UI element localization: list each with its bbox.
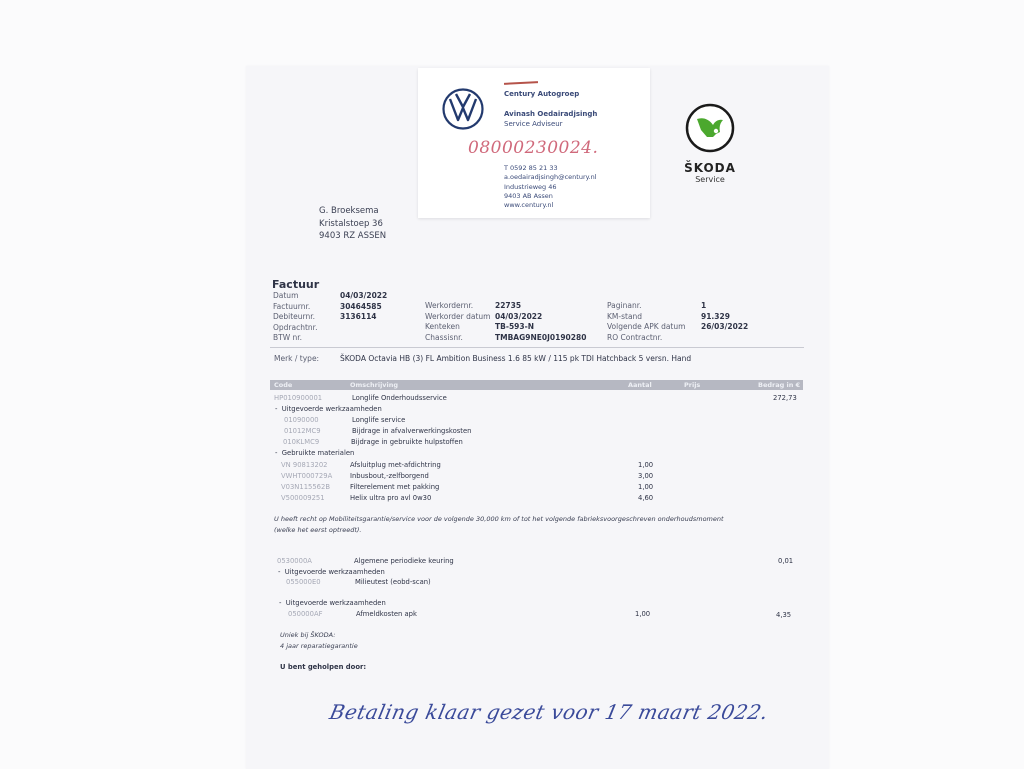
- material-quantity: 1,00: [638, 483, 653, 491]
- work-item-code: 050000AF: [288, 610, 323, 618]
- col-description: Omschrijving: [350, 381, 398, 389]
- work-item-description: Bijdrage in gebruikte hulpstoffen: [351, 438, 463, 446]
- material-description: Helix ultra pro avl 0w30: [350, 494, 431, 502]
- skoda-logo-icon: [685, 103, 735, 153]
- vehicle-value: ŠKODA Octavia HB (3) FL Ambition Busines…: [340, 354, 691, 365]
- left-field-values: 04/03/2022 30464585 3136114: [340, 291, 387, 323]
- work-item-code: 01090000: [284, 416, 319, 424]
- label-ro-contractnr: RO Contractnr.: [607, 333, 685, 344]
- section-heading: - Gebruikte materialen: [275, 449, 354, 457]
- skoda-brand: ŠKODA Service: [680, 103, 740, 184]
- value-werkorder-datum: 04/03/2022: [495, 312, 586, 323]
- invoice-title: Factuur: [272, 278, 319, 291]
- work-item-description: Longlife service: [352, 416, 405, 424]
- brand-subtitle: Service: [680, 175, 740, 184]
- card-website: www.century.nl: [504, 201, 597, 210]
- card-company: Century Autogroep: [504, 90, 579, 98]
- col-amount: Bedrag in €: [758, 381, 800, 389]
- work-heading: Uitgevoerde werkzaamheden: [286, 599, 386, 607]
- label-opdrachtnr: Opdrachtnr.: [273, 323, 317, 334]
- work-item-description: Bijdrage in afvalverwerkingskosten: [352, 427, 471, 435]
- material-code: V03N115562B: [281, 483, 330, 491]
- work-item-quantity: 1,00: [635, 610, 650, 618]
- value-debiteurnr: 3136114: [340, 312, 387, 323]
- col-code: Code: [274, 381, 292, 389]
- recipient-address: G. Broeksema Kristalstoep 36 9403 RZ ASS…: [319, 205, 386, 243]
- value-werkordernr: 22735: [495, 301, 586, 312]
- label-debiteurnr: Debiteurnr.: [273, 312, 317, 323]
- value-kenteken: TB-593-N: [495, 322, 586, 333]
- unique-note: Uniek bij ŠKODA: 4 jaar reparatiegaranti…: [280, 630, 358, 652]
- business-card: Century Autogroep Avinash Oedairadjsingh…: [418, 68, 650, 218]
- material-quantity: 4,60: [638, 494, 653, 502]
- work-item-code: 010KLMC9: [283, 438, 319, 446]
- material-code: VN 90813202: [281, 461, 328, 469]
- label-factuurnr: Factuurnr.: [273, 302, 317, 313]
- label-kenteken: Kenteken: [425, 322, 491, 333]
- right-field-values: 1 91.329 26/03/2022: [701, 301, 748, 333]
- label-chassisnr: Chassisnr.: [425, 333, 491, 344]
- section-heading: - Uitgevoerde werkzaamheden: [279, 599, 386, 607]
- right-field-labels: Paginanr. KM-stand Volgende APK datum RO…: [607, 301, 685, 343]
- materials-heading: Gebruikte materialen: [282, 449, 355, 457]
- table-header: Code Omschrijving Aantal Prijs Bedrag in…: [270, 380, 803, 390]
- work-item-code: 055000E0: [286, 578, 321, 586]
- mid-field-labels: Werkordernr. Werkorder datum Kenteken Ch…: [425, 301, 491, 343]
- vw-logo-icon: [442, 88, 484, 130]
- work-heading: Uitgevoerde werkzaamheden: [282, 405, 382, 413]
- recipient-street: Kristalstoep 36: [319, 218, 386, 231]
- row-code: 0530000A: [277, 557, 312, 565]
- label-werkorder-datum: Werkorder datum: [425, 312, 491, 323]
- handwritten-payment-note: Betaling klaar gezet voor 17 maart 2022.: [327, 700, 770, 724]
- row-description: Longlife Onderhoudsservice: [352, 394, 447, 402]
- card-street: Industrieweg 46: [504, 183, 597, 192]
- material-code: VWHT000729A: [281, 472, 332, 480]
- section-heading: - Uitgevoerde werkzaamheden: [278, 568, 385, 576]
- material-code: V500009251: [281, 494, 325, 502]
- work-item-description: Milieutest (eobd-scan): [355, 578, 431, 586]
- value-km-stand: 91.329: [701, 312, 748, 323]
- mobility-note-line2: (welke het eerst optreedt).: [274, 525, 724, 536]
- brand-name: ŠKODA: [680, 161, 740, 175]
- unique-line1: Uniek bij ŠKODA:: [280, 630, 358, 641]
- row-amount: 272,73: [773, 394, 797, 402]
- material-quantity: 1,00: [638, 461, 653, 469]
- mobility-note-line1: U heeft recht op Mobiliteitsgarantie/ser…: [274, 514, 724, 525]
- vehicle-label: Merk / type:: [274, 354, 319, 365]
- mid-field-values: 22735 04/03/2022 TB-593-N TMBAG9NE0J0190…: [495, 301, 586, 343]
- col-price: Prijs: [684, 381, 700, 389]
- value-datum: 04/03/2022: [340, 291, 387, 302]
- card-person: Avinash Oedairadjsingh: [504, 110, 597, 118]
- row-description: Algemene periodieke keuring: [354, 557, 454, 565]
- col-quantity: Aantal: [628, 381, 652, 389]
- recipient-city: 9403 RZ ASSEN: [319, 230, 386, 243]
- card-role: Service Adviseur: [504, 120, 563, 128]
- material-description: Inbusbout,-zelfborgend: [350, 472, 429, 480]
- label-paginanr: Paginanr.: [607, 301, 685, 312]
- label-apk-datum: Volgende APK datum: [607, 322, 685, 333]
- helped-by: U bent geholpen door:: [280, 663, 366, 671]
- recipient-name: G. Broeksema: [319, 205, 386, 218]
- label-btw: BTW nr.: [273, 333, 317, 344]
- label-werkordernr: Werkordernr.: [425, 301, 491, 312]
- left-field-labels: Datum Factuurnr. Debiteurnr. Opdrachtnr.…: [273, 291, 317, 344]
- work-heading: Uitgevoerde werkzaamheden: [285, 568, 385, 576]
- card-phone: T 0592 85 21 33: [504, 164, 597, 173]
- value-factuurnr: 30464585: [340, 302, 387, 313]
- divider: [270, 347, 804, 348]
- pen-mark: [504, 81, 538, 85]
- work-item-amount: 4,35: [776, 611, 791, 619]
- material-description: Afsluitplug met-afdichtring: [350, 461, 441, 469]
- card-city: 9403 AB Assen: [504, 192, 597, 201]
- row-amount: 0,01: [778, 557, 793, 565]
- section-heading: - Uitgevoerde werkzaamheden: [275, 405, 382, 413]
- card-email: a.oedairadjsingh@century.nl: [504, 173, 597, 182]
- card-contact: T 0592 85 21 33 a.oedairadjsingh@century…: [504, 164, 597, 210]
- mobility-note: U heeft recht op Mobiliteitsgarantie/ser…: [274, 514, 724, 536]
- handwritten-number: 08000230024.: [468, 138, 598, 158]
- work-item-description: Afmeldkosten apk: [356, 610, 417, 618]
- value-paginanr: 1: [701, 301, 748, 312]
- value-chassisnr: TMBAG9NE0J0190280: [495, 333, 586, 344]
- row-code: HP010900001: [274, 394, 322, 402]
- work-item-code: 01012MC9: [284, 427, 321, 435]
- material-quantity: 3,00: [638, 472, 653, 480]
- value-apk-datum: 26/03/2022: [701, 322, 748, 333]
- unique-line2: 4 jaar reparatiegarantie: [280, 641, 358, 652]
- material-description: Filterelement met pakking: [350, 483, 439, 491]
- label-km-stand: KM-stand: [607, 312, 685, 323]
- label-datum: Datum: [273, 291, 317, 302]
